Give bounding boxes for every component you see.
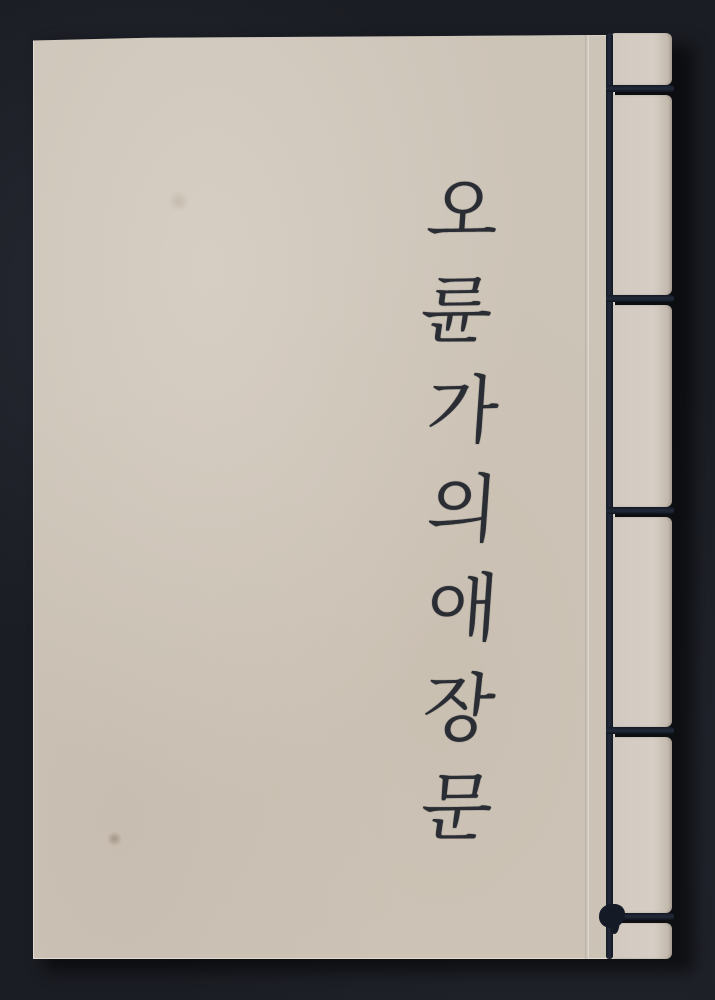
title-char: 애: [424, 567, 501, 651]
spine-segment: [612, 33, 672, 85]
title-char: 의: [424, 468, 501, 552]
book-spine: [612, 33, 672, 959]
title-char: 문: [415, 766, 498, 850]
title-char: 장: [419, 667, 499, 751]
book-cover: [33, 35, 615, 959]
binding-thread-stitch: [606, 85, 674, 92]
title-char: 가: [424, 369, 501, 453]
binding-thread-stitch: [606, 507, 674, 514]
handwritten-title: 오 륜 가 의 애 장 문: [408, 170, 518, 850]
photo-scene: 오 륜 가 의 애 장 문: [0, 0, 715, 1000]
binding-thread-stitch: [606, 295, 674, 302]
binding-thread-stitch: [606, 727, 674, 734]
spine-segment: [612, 95, 672, 295]
spine-segment: [612, 305, 672, 507]
binding-thread-vertical: [606, 33, 613, 959]
spine-segment: [612, 517, 672, 727]
title-char: 륜: [415, 269, 498, 353]
cover-fold-line: [585, 35, 589, 959]
title-char: 오: [424, 170, 501, 254]
spine-segment: [612, 737, 672, 913]
spine-segment: [612, 923, 672, 959]
